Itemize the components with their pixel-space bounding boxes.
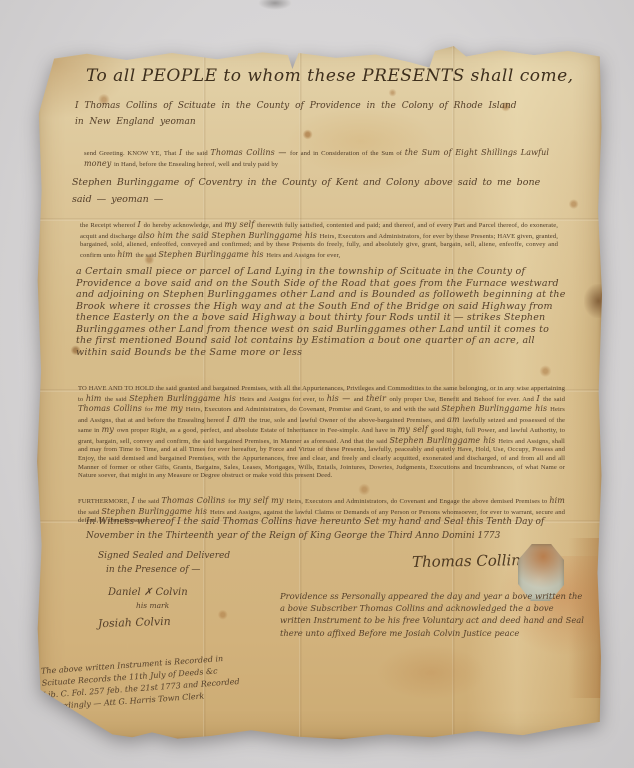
grantor-intro-handwritten: I Thomas Collins of Scituate in the Coun… (75, 99, 525, 131)
document-title: To all PEOPLE to whom these PRESENTS sha… (86, 66, 566, 86)
text-segment-hand: my self (224, 220, 257, 229)
witness-daniel-colvin: Daniel ✗ Colvin (108, 587, 188, 598)
text-segment-hand: Stephen Burlinggame his (101, 507, 210, 516)
witness-josiah-colvin: Josiah Colvin (98, 615, 171, 631)
text-segment-print: own proper Right, as a good, perfect, an… (117, 427, 398, 434)
text-segment-hand: Stephen Burlinggame his (441, 404, 550, 413)
greeting-clause: send Greeting. KNOW YE, That I the said … (84, 148, 549, 169)
text-segment-print: the said (78, 509, 101, 516)
witness-daniel-mark-note: his mark (136, 601, 169, 610)
text-segment-print: FURTHERMORE, (78, 498, 132, 505)
text-segment-print: in Hand, before the Ensealing hereof, we… (114, 161, 278, 168)
text-segment-hand: me my (155, 404, 186, 413)
text-segment-print: the said (135, 252, 158, 259)
stain-bottom-center (376, 645, 486, 700)
text-segment-print: the said (543, 396, 565, 403)
text-segment-hand: their (366, 394, 389, 403)
text-segment-print: for (145, 406, 155, 413)
text-segment-hand: him (86, 394, 105, 403)
text-segment-hand: am (447, 415, 463, 424)
text-segment-print: for and in Consideration of the Sum of (290, 150, 405, 157)
text-segment-hand: him (549, 496, 565, 505)
text-segment-hand: I am (227, 415, 249, 424)
text-segment-print: Heirs, Executors and Administrators, do … (286, 498, 549, 505)
text-segment-hand: I (179, 148, 186, 157)
text-segment-print: Heirs, Executors and Administrators, do … (186, 406, 442, 413)
text-segment-hand: also him the said Stephen Burlinggame hi… (138, 231, 320, 240)
backdrop-smudge (258, 0, 292, 10)
grantee-line: Stephen Burlinggame of Coventry in the C… (72, 174, 557, 208)
document-paper: To all PEOPLE to whom these PRESENTS sha… (36, 44, 602, 740)
recording-note: The above written Instrument is Recorded… (41, 646, 324, 713)
text-segment-print: the Receipt whereof (80, 222, 137, 229)
text-segment-print: the said (186, 150, 211, 157)
text-segment-hand: Stephen Burlinggame his (158, 250, 266, 259)
text-segment-hand: Stephen Burlinggame his (129, 394, 239, 403)
text-segment-print: for (228, 498, 238, 505)
text-segment-hand: Stephen Burlinggame his (389, 436, 498, 445)
text-segment-hand: his — (327, 394, 354, 403)
acknowledgment-note: Providence ss Personally appeared the da… (280, 590, 585, 639)
text-segment-hand: Thomas Collins (161, 496, 228, 505)
photo-backdrop: To all PEOPLE to whom these PRESENTS sha… (0, 0, 634, 768)
text-segment-print: the said (105, 396, 129, 403)
signed-sealed-line-2: in the Presence of — (106, 565, 200, 575)
text-segment-hand: Thomas Collins (78, 404, 145, 413)
text-segment-hand: him (117, 250, 135, 259)
text-segment-hand: my (102, 425, 117, 434)
receipt-clause: the Receipt whereof I do hereby acknowle… (80, 220, 558, 260)
text-segment-hand: my self my (238, 496, 286, 505)
text-segment-print: the true, sole and lawful Owner of the a… (249, 417, 447, 424)
text-segment-print: only proper Use, Benefit and Behoof for … (389, 396, 536, 403)
text-segment-print: Heirs and Assigns for ever, to (239, 396, 326, 403)
text-segment-print: Heirs and Assigns for ever, (266, 252, 340, 259)
text-segment-print: send Greeting. KNOW YE, That (84, 150, 179, 157)
in-witness-clause: In Witness whereof I the said Thomas Col… (86, 516, 564, 543)
habendum-clause: TO HAVE AND TO HOLD the said granted and… (78, 385, 565, 481)
text-segment-print: the said (138, 498, 162, 505)
text-segment-print: and (354, 396, 366, 403)
stain-right-edge (584, 284, 602, 318)
document-paper-wrap: To all PEOPLE to whom these PRESENTS sha… (36, 44, 602, 740)
land-description: a Certain small piece or parcel of Land … (76, 266, 568, 359)
text-segment-hand: Thomas Collins — (210, 148, 290, 157)
text-segment-hand: my self (398, 425, 431, 434)
text-segment-print: do hereby acknowledge, and (144, 222, 225, 229)
signed-sealed-line-1: Signed Sealed and Delivered (98, 551, 230, 561)
grantor-signature: Thomas Collins (412, 551, 529, 571)
